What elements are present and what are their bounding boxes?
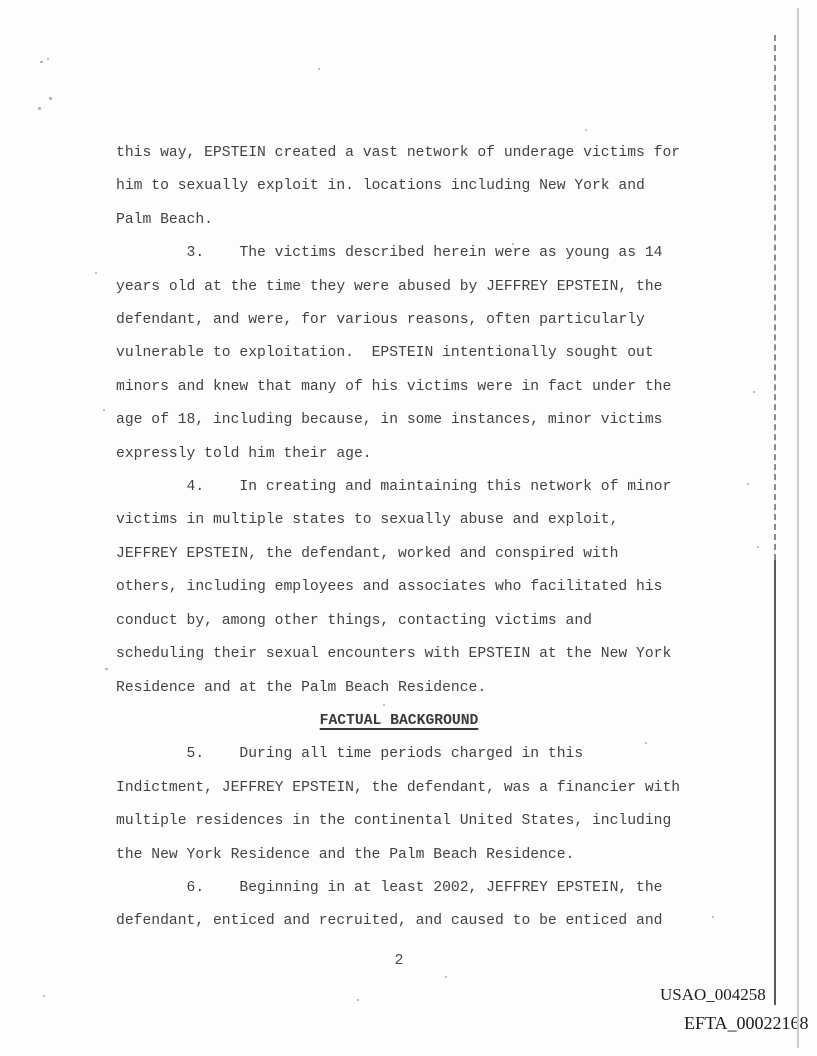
document-line: 4. In creating and maintaining this netw…: [116, 471, 682, 504]
scan-speck: [585, 129, 587, 131]
scan-speck: [357, 999, 359, 1001]
scan-speck: [747, 483, 749, 485]
document-line: 3. The victims described herein were as …: [116, 237, 682, 270]
document-line: Palm Beach.: [116, 204, 682, 237]
document-line: scheduling their sexual encounters with …: [116, 638, 682, 671]
document-line: age of 18, including because, in some in…: [116, 404, 682, 437]
document-line: defendant, enticed and recruited, and ca…: [116, 905, 682, 938]
document-line: multiple residences in the continental U…: [116, 805, 682, 838]
document-line: minors and knew that many of his victims…: [116, 371, 682, 404]
scan-artifact-line-solid: [774, 560, 776, 1005]
document-line: defendant, and were, for various reasons…: [116, 304, 682, 337]
section-heading: FACTUAL BACKGROUND: [116, 705, 682, 738]
document-text-block-1: this way, EPSTEIN created a vast network…: [116, 137, 682, 705]
scan-speck: [38, 107, 41, 110]
document-line: expressly told him their age.: [116, 438, 682, 471]
page-number: 2: [116, 953, 682, 969]
scan-speck: [383, 704, 385, 706]
scan-speck: [49, 97, 52, 100]
scan-artifact-line-dashed: [774, 35, 776, 560]
scan-speck: [512, 243, 514, 245]
document-line: the New York Residence and the Palm Beac…: [116, 839, 682, 872]
document-text-block-2: 5. During all time periods charged in th…: [116, 738, 682, 938]
document-line: victims in multiple states to sexually a…: [116, 504, 682, 537]
document-line: 6. Beginning in at least 2002, JEFFREY E…: [116, 872, 682, 905]
document-line: 5. During all time periods charged in th…: [116, 738, 682, 771]
document-line: Residence and at the Palm Beach Residenc…: [116, 672, 682, 705]
document-line: others, including employees and associat…: [116, 571, 682, 604]
document-line: him to sexually exploit in. locations in…: [116, 170, 682, 203]
scan-speck: [103, 409, 105, 411]
bates-stamp-usao: USAO_004258: [660, 985, 766, 1005]
scan-speck: [645, 742, 647, 744]
scan-speck: [318, 68, 320, 70]
document-line: conduct by, among other things, contacti…: [116, 605, 682, 638]
scan-artifact-line-light: [797, 8, 799, 1048]
scan-speck: [753, 391, 755, 393]
scan-speck: [40, 61, 43, 63]
document-line: years old at the time they were abused b…: [116, 271, 682, 304]
scan-speck: [95, 272, 97, 274]
document-line: this way, EPSTEIN created a vast network…: [116, 137, 682, 170]
scan-speck: [105, 668, 108, 670]
scan-speck: [43, 995, 45, 997]
document-line: vulnerable to exploitation. EPSTEIN inte…: [116, 337, 682, 370]
document-line: JEFFREY EPSTEIN, the defendant, worked a…: [116, 538, 682, 571]
bates-stamp-efta: EFTA_00022168: [684, 1013, 809, 1034]
document-line: Indictment, JEFFREY EPSTEIN, the defenda…: [116, 772, 682, 805]
scan-speck: [712, 916, 714, 918]
scan-speck: [445, 976, 447, 978]
scan-speck: [47, 58, 49, 60]
document-page: this way, EPSTEIN created a vast network…: [0, 0, 817, 1056]
document-text: this way, EPSTEIN created a vast network…: [116, 137, 682, 939]
scan-speck: [757, 546, 759, 548]
